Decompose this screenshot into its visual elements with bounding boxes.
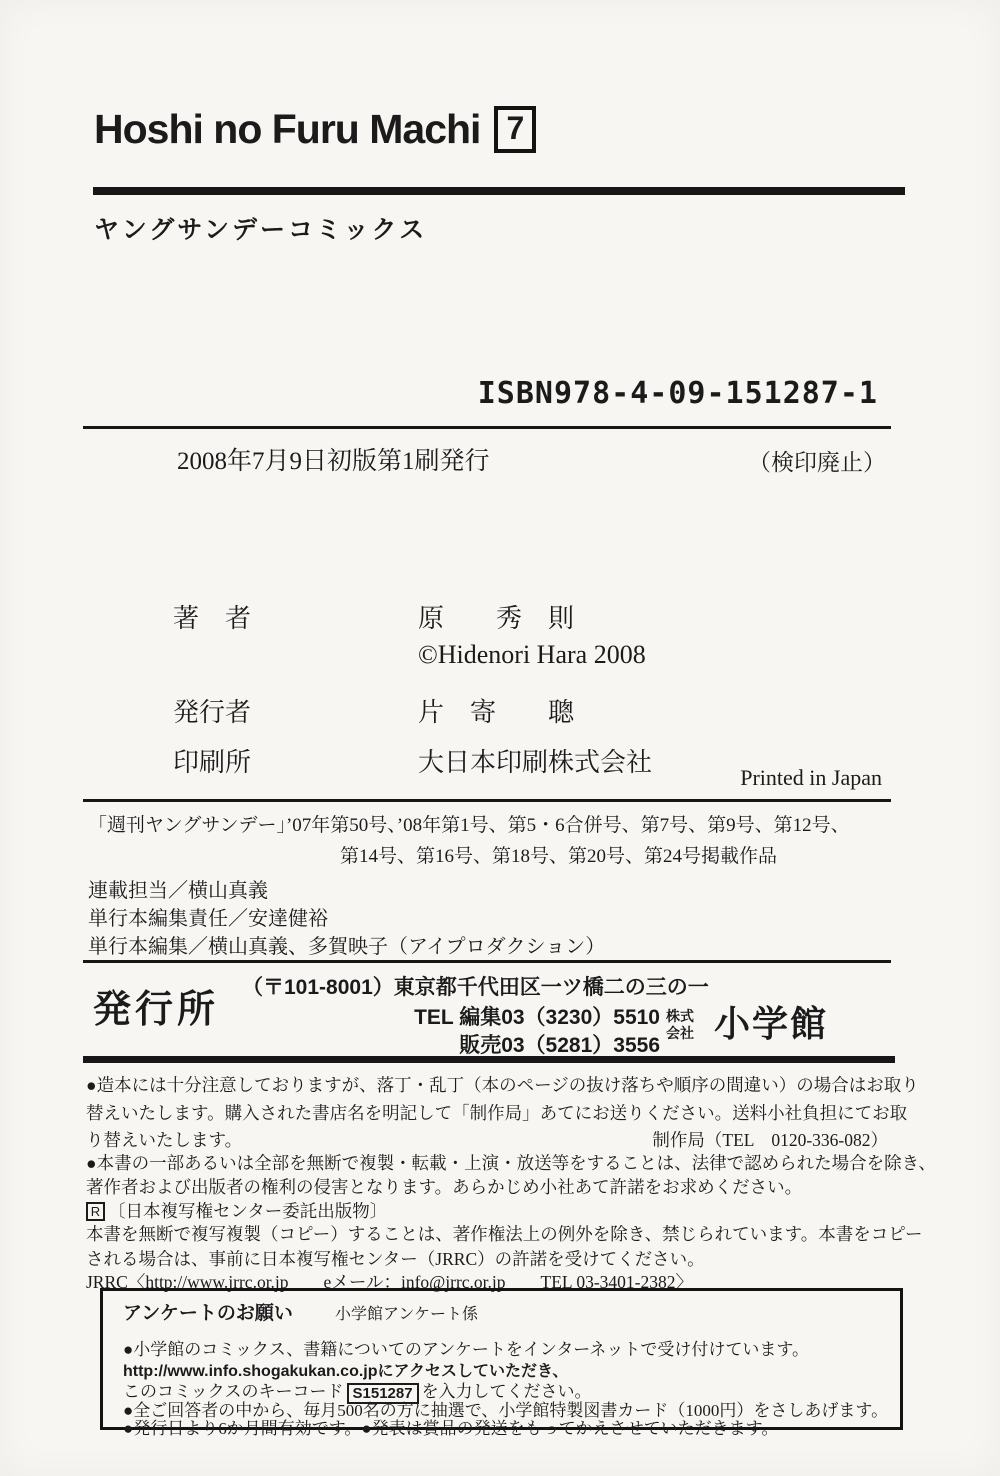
serialization-line-2: 第14号、第16号、第18号、第20号、第24号掲載作品 xyxy=(340,841,777,868)
survey-line-5: ●発行日より6か月間有効です。●発表は賞品の発送をもってかえさせていただきます。 xyxy=(123,1414,778,1439)
corporation-prefix: 株式 会社 xyxy=(666,1008,694,1042)
jrrc-mark-line: R〔日本複写権センター委託出版物〕 xyxy=(86,1198,387,1223)
notice-copyright-line-1: ●本書の一部あるいは全部を無断で複製・転載・上演・放送等をすることは、法律で認め… xyxy=(86,1150,936,1175)
issuer-name: 片 寄 聰 xyxy=(418,692,574,729)
credit-serial-editor: 連載担当／横山真義 xyxy=(88,874,268,903)
author-label: 著 者 xyxy=(173,598,251,635)
publisher-address: （〒101-8001）東京都千代田区一ツ橋二の三の一 xyxy=(242,971,709,1001)
inspection-stamp-note: （検印廃止） xyxy=(748,444,886,477)
survey-request-box: アンケートのお願い 小学館アンケート係 ●小学館のコミックス、書籍についてのアン… xyxy=(100,1288,903,1430)
jrrc-mark-label: 〔日本複写権センター委託出版物〕 xyxy=(108,1201,387,1221)
notice-photocopy-line-1: 本書を無断で複写複製（コピー）することは、著作権法上の例外を除き、禁じられていま… xyxy=(86,1221,923,1246)
printed-in-japan: Printed in Japan xyxy=(740,765,882,791)
publisher-tel-editorial: TEL 編集03（3230）5510 xyxy=(414,1001,660,1031)
volume-number-badge: 7 xyxy=(494,106,536,153)
serialization-line-1: 「週刊ヤングサンデー」’07年第50号、’08年第1号、第5・6合併号、第7号、… xyxy=(88,810,850,837)
publisher-tel-sales: 販売03（5281）3556 xyxy=(459,1029,660,1059)
notice-defect-line-2: 替えいたします。購入された書店名を明記して「制作局」あてにお送りください。送料小… xyxy=(86,1100,907,1125)
publisher-name: 小学館 xyxy=(714,996,828,1047)
isbn-divider-rule xyxy=(83,426,891,429)
production-bureau-tel: 制作局（TEL 0120-336-082） xyxy=(652,1127,888,1152)
survey-line-1: ●小学館のコミックス、書籍についてのアンケートをインターネットで受け付けています… xyxy=(123,1335,809,1360)
notice-photocopy-line-2: される場合は、事前に日本複写権センター（JRRC）の許諾を受けてください。 xyxy=(86,1246,705,1271)
series-label: ヤングサンデーコミックス xyxy=(94,210,427,246)
publisher-top-rule xyxy=(83,960,891,963)
colophon-divider-rule xyxy=(83,799,891,802)
notice-defect-line-1: ●造本には十分注意しておりますが、落丁・乱丁（本のページの抜け落ちや順序の間違い… xyxy=(86,1072,919,1097)
printer-label: 印刷所 xyxy=(173,742,251,779)
publisher-bottom-rule xyxy=(83,1056,895,1063)
publisher-label: 発行所 xyxy=(93,978,219,1033)
colophon-page: Hoshi no Furu Machi 7 ヤングサンデーコミックス ISBN9… xyxy=(0,0,1000,1476)
corporation-prefix-bottom: 会社 xyxy=(666,1025,694,1042)
boxed-r-icon: R xyxy=(86,1202,105,1221)
book-title: Hoshi no Furu Machi 7 xyxy=(94,106,536,153)
isbn-number: ISBN978-4-09-151287-1 xyxy=(478,376,878,411)
corporation-prefix-top: 株式 xyxy=(666,1008,694,1025)
survey-department: 小学館アンケート係 xyxy=(335,1301,478,1324)
credit-volume-editors: 単行本編集／横山真義、多賀映子（アイプロダクション） xyxy=(88,930,605,959)
printer-name: 大日本印刷株式会社 xyxy=(418,742,652,779)
book-title-text: Hoshi no Furu Machi xyxy=(94,106,480,153)
notice-copyright-line-2: 著作者および出版者の権利の侵害となります。あらかじめ小社あて許諾をお求めください… xyxy=(86,1174,802,1199)
survey-heading: アンケートのお願い xyxy=(123,1298,293,1325)
issuer-label: 発行者 xyxy=(173,692,251,729)
author-name: 原 秀 則 xyxy=(418,598,574,635)
title-divider-rule xyxy=(93,187,905,195)
copyright-line: ©Hidenori Hara 2008 xyxy=(418,640,646,670)
credit-volume-chief-editor: 単行本編集責任／安達健裕 xyxy=(88,902,328,931)
notice-defect-line-3: り替えいたします。 xyxy=(86,1127,242,1152)
edition-date: 2008年7月9日初版第1刷発行 xyxy=(177,441,490,477)
